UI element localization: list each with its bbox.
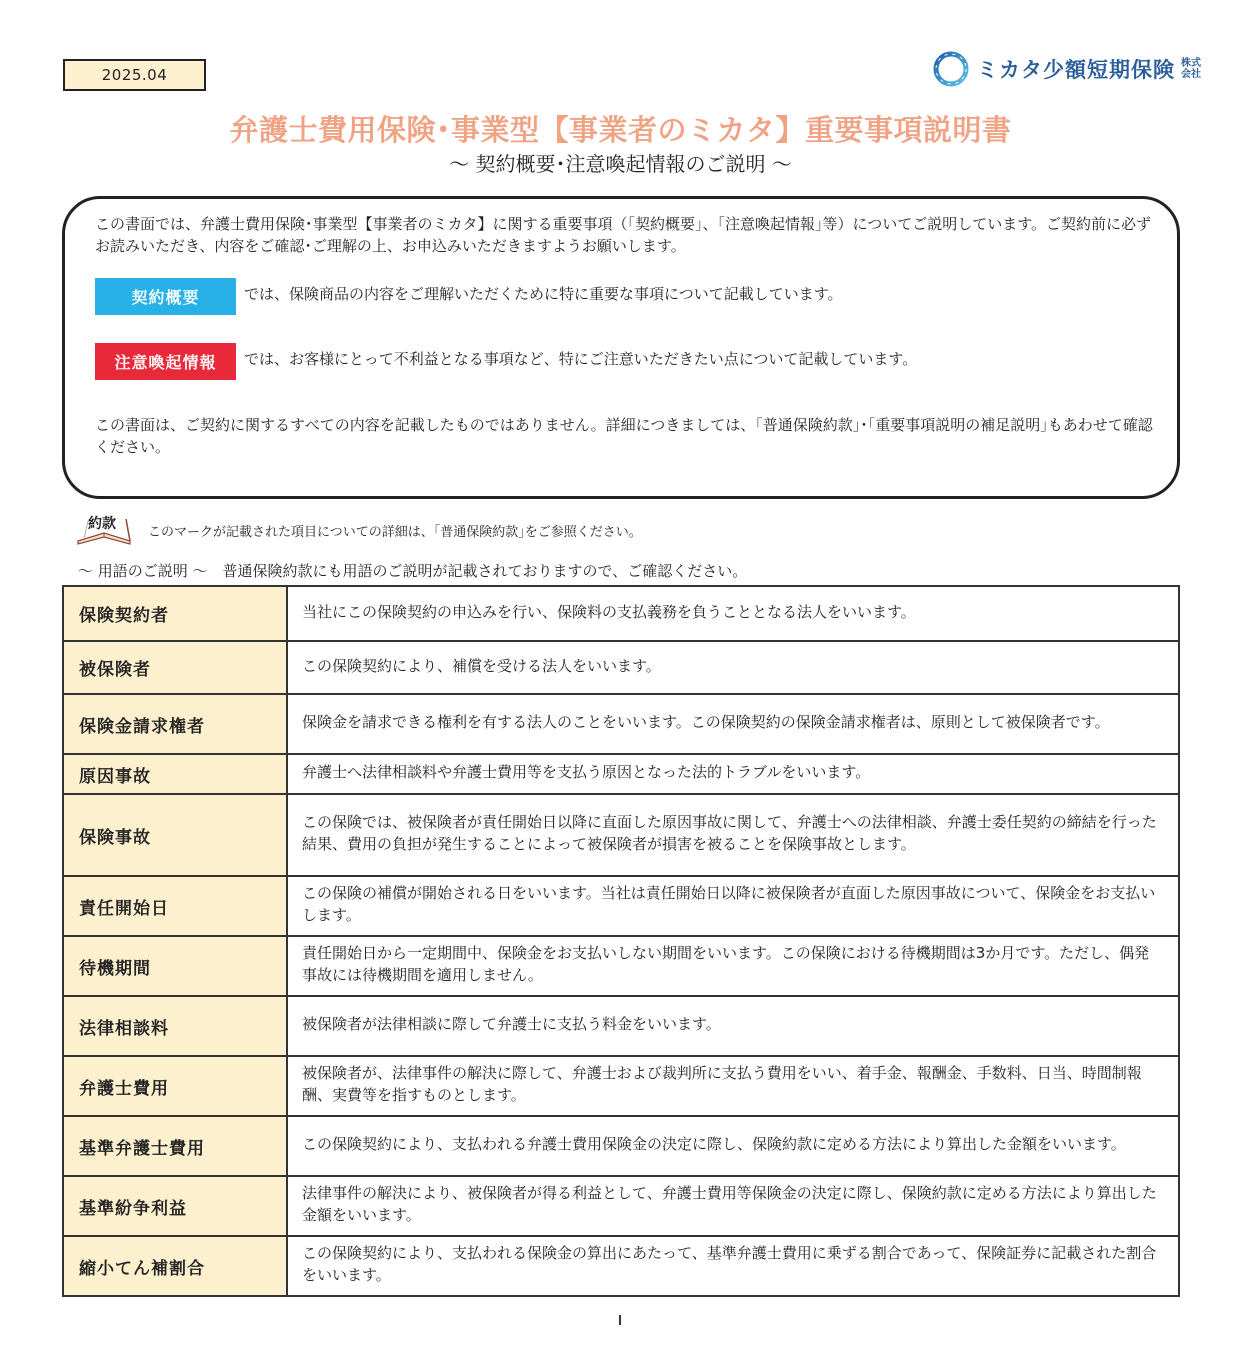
book-icon: 約款 — [74, 513, 134, 547]
terms-table: 保険契約者 当社にこの保険契約の申込みを行い、保険料の支払義務を負うこととなる法… — [62, 585, 1180, 1297]
definition-cell: 保険金を請求できる権利を有する法人のことをいいます。この保険契約の保険金請求権者… — [287, 694, 1179, 754]
intro-box: この書面では、弁護士費用保険･事業型【事業者のミカタ】に関する重要事項（｢契約概… — [62, 196, 1180, 499]
company-logo: ミカタ少額短期保険 株式 会社 — [933, 50, 1201, 88]
definition-cell: 弁護士へ法律相談料や弁護士費用等を支払う原因となった法的トラブルをいいます。 — [287, 754, 1179, 794]
term-cell: 保険金請求権者 — [63, 694, 287, 754]
term-cell: 待機期間 — [63, 936, 287, 996]
term-cell: 弁護士費用 — [63, 1056, 287, 1116]
page-number — [619, 1315, 621, 1325]
table-row: 保険契約者 当社にこの保険契約の申込みを行い、保険料の支払義務を負うこととなる法… — [63, 586, 1179, 641]
definition-cell: 当社にこの保険契約の申込みを行い、保険料の支払義務を負うこととなる法人をいいます… — [287, 586, 1179, 641]
table-row: 保険事故 この保険では、被保険者が責任開始日以降に直面した原因事故に関して、弁護… — [63, 794, 1179, 876]
definition-cell: この保険契約により、支払われる保険金の算出にあたって、基準弁護士費用に乗ずる割合… — [287, 1236, 1179, 1296]
terms-heading: ～ 用語のご説明 ～ 普通保険約款にも用語のご説明が記載されておりますので、ご確… — [78, 560, 747, 581]
term-cell: 被保険者 — [63, 641, 287, 694]
definition-cell: この保険では、被保険者が責任開始日以降に直面した原因事故に関して、弁護士への法律… — [287, 794, 1179, 876]
document-subtitle: ～ 契約概要･注意喚起情報のご説明 ～ — [0, 148, 1241, 177]
definition-cell: 被保険者が、法律事件の解決に際して、弁護士および裁判所に支払う費用をいい、着手金… — [287, 1056, 1179, 1116]
term-cell: 保険契約者 — [63, 586, 287, 641]
table-row: 原因事故 弁護士へ法律相談料や弁護士費用等を支払う原因となった法的トラブルをいい… — [63, 754, 1179, 794]
table-row: 責任開始日 この保険の補償が開始される日をいいます。当社は責任開始日以降に被保険… — [63, 876, 1179, 936]
tag-row-caution-info: 注意喚起情報 では、お客様にとって不利益となる事項など、特にご注意いただきたい点… — [95, 343, 917, 380]
yakkan-note: 約款 このマークが記載された項目についての詳細は、｢普通保険約款｣をご参照くださ… — [74, 513, 642, 547]
document-title: 弁護士費用保険･事業型【事業者のミカタ】重要事項説明書 — [0, 108, 1241, 149]
tag-row-contract-summary: 契約概要 では、保険商品の内容をご理解いただくために特に重要な事項について記載し… — [95, 278, 843, 315]
term-cell: 保険事故 — [63, 794, 287, 876]
company-suffix-line1: 株式 — [1181, 58, 1201, 69]
intro-paragraph-1: この書面では、弁護士費用保険･事業型【事業者のミカタ】に関する重要事項（｢契約概… — [95, 213, 1155, 257]
term-cell: 基準弁護士費用 — [63, 1116, 287, 1176]
definition-cell: 被保険者が法律相談に際して弁護士に支払う料金をいいます。 — [287, 996, 1179, 1056]
definition-cell: この保険の補償が開始される日をいいます。当社は責任開始日以降に被保険者が直面した… — [287, 876, 1179, 936]
contract-summary-description: では、保険商品の内容をご理解いただくために特に重要な事項について記載しています。 — [244, 283, 843, 304]
date-label: 2025.04 — [63, 59, 206, 91]
mikata-logo-mark-icon — [933, 51, 969, 87]
term-cell: 法律相談料 — [63, 996, 287, 1056]
table-row: 基準弁護士費用 この保険契約により、支払われる弁護士費用保険金の決定に際し、保険… — [63, 1116, 1179, 1176]
definition-cell: この保険契約により、支払われる弁護士費用保険金の決定に際し、保険約款に定める方法… — [287, 1116, 1179, 1176]
table-row: 基準紛争利益 法律事件の解決により、被保険者が得る利益として、弁護士費用等保険金… — [63, 1176, 1179, 1236]
term-cell: 縮小てん補割合 — [63, 1236, 287, 1296]
table-row: 法律相談料 被保険者が法律相談に際して弁護士に支払う料金をいいます。 — [63, 996, 1179, 1056]
definition-cell: この保険契約により、補償を受ける法人をいいます。 — [287, 641, 1179, 694]
table-row: 縮小てん補割合 この保険契約により、支払われる保険金の算出にあたって、基準弁護士… — [63, 1236, 1179, 1296]
caution-info-description: では、お客様にとって不利益となる事項など、特にご注意いただきたい点について記載し… — [244, 348, 917, 369]
term-cell: 原因事故 — [63, 754, 287, 794]
table-row: 保険金請求権者 保険金を請求できる権利を有する法人のことをいいます。この保険契約… — [63, 694, 1179, 754]
contract-summary-badge: 契約概要 — [95, 278, 236, 315]
table-row: 弁護士費用 被保険者が、法律事件の解決に際して、弁護士および裁判所に支払う費用を… — [63, 1056, 1179, 1116]
definition-cell: 責任開始日から一定期間中、保険金をお支払いしない期間をいいます。この保険における… — [287, 936, 1179, 996]
caution-info-badge: 注意喚起情報 — [95, 343, 236, 380]
intro-paragraph-2: この書面は、ご契約に関するすべての内容を記載したものではありません。詳細につきま… — [95, 414, 1155, 458]
company-name: ミカタ少額短期保険 — [977, 54, 1175, 84]
definition-cell: 法律事件の解決により、被保険者が得る利益として、弁護士費用等保険金の決定に際し、… — [287, 1176, 1179, 1236]
yakkan-note-text: このマークが記載された項目についての詳細は、｢普通保険約款｣をご参照ください。 — [148, 521, 642, 540]
company-suffix: 株式 会社 — [1181, 58, 1201, 80]
term-cell: 基準紛争利益 — [63, 1176, 287, 1236]
table-row: 待機期間 責任開始日から一定期間中、保険金をお支払いしない期間をいいます。この保… — [63, 936, 1179, 996]
company-suffix-line2: 会社 — [1181, 69, 1201, 80]
table-row: 被保険者 この保険契約により、補償を受ける法人をいいます。 — [63, 641, 1179, 694]
term-cell: 責任開始日 — [63, 876, 287, 936]
book-icon-label: 約款 — [88, 513, 116, 533]
